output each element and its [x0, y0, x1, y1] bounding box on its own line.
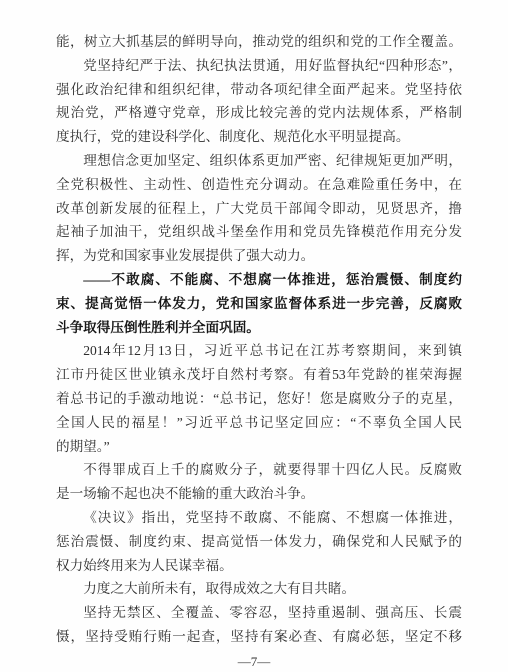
text-line: 《决议》指出，党坚持不敢腐、不能腐、不想腐一体推进， [56, 506, 462, 530]
page-number: —7— [0, 651, 508, 672]
text-line: 挥，为党和国家事业发展提供了强大动力。 [56, 244, 462, 268]
text-line: 理想信念更加坚定、组织体系更加严密、纪律规矩更加严明， [56, 149, 462, 173]
text-line: 不得罪成百上千的腐败分子，就要得罪十四亿人民。反腐败 [56, 458, 462, 482]
text-line: 着总书记的手激动地说：“总书记，您好！您是腐败分子的克星， [56, 387, 462, 411]
text-line: 束、提高觉悟一体发力，党和国家监督体系进一步完善，反腐败 [56, 292, 462, 316]
text-line: 度执行，党的建设科学化、制度化、规范化水平明显提高。 [56, 125, 462, 149]
text-line: 能，树立大抓基层的鲜明导向，推动党的组织和党的工作全覆盖。 [56, 30, 462, 54]
document-body: 能，树立大抓基层的鲜明导向，推动党的组织和党的工作全覆盖。党坚持纪严于法、执纪执… [56, 30, 462, 649]
text-line: 的期望。” [56, 435, 462, 459]
text-line: 起袖子加油干，党组织战斗堡垒作用和党员先锋模范作用充分发 [56, 220, 462, 244]
text-line: 强化政治纪律和组织纪律，带动各项纪律全面严起来。党坚持依 [56, 78, 462, 102]
text-line: 力度之大前所未有，取得成效之大有目共睹。 [56, 577, 462, 601]
text-line: 权力始终用来为人民谋幸福。 [56, 554, 462, 578]
document-page: 能，树立大抓基层的鲜明导向，推动党的组织和党的工作全覆盖。党坚持纪严于法、执纪执… [0, 0, 508, 672]
text-line: 江市丹徒区世业镇永茂圩自然村考察。有着53年党龄的崔荣海握 [56, 363, 462, 387]
text-line: 2014年12月13日，习近平总书记在江苏考察期间，来到镇 [56, 339, 462, 363]
text-line: 全党积极性、主动性、创造性充分调动。在急难险重任务中，在 [56, 173, 462, 197]
text-line: 规治党，严格遵守党章，形成比较完善的党内法规体系，严格制 [56, 101, 462, 125]
text-line: 慑，坚持受贿行贿一起查，坚持有案必查、有腐必惩，坚定不移 [56, 625, 462, 649]
text-line: 坚持无禁区、全覆盖、零容忍，坚持重遏制、强高压、长震 [56, 601, 462, 625]
text-line: 全国人民的福星！”习近平总书记坚定回应：“不辜负全国人民 [56, 411, 462, 435]
text-line: 斗争取得压倒性胜利并全面巩固。 [56, 316, 462, 340]
text-line: ——不敢腐、不能腐、不想腐一体推进，惩治震慑、制度约 [56, 268, 462, 292]
text-line: 是一场输不起也决不能输的重大政治斗争。 [56, 482, 462, 506]
text-line: 惩治震慑、制度约束、提高觉悟一体发力，确保党和人民赋予的 [56, 530, 462, 554]
text-line: 改革创新发展的征程上，广大党员干部闻令即动，见贤思齐，撸 [56, 197, 462, 221]
text-line: 党坚持纪严于法、执纪执法贯通，用好监督执纪“四种形态”， [56, 54, 462, 78]
